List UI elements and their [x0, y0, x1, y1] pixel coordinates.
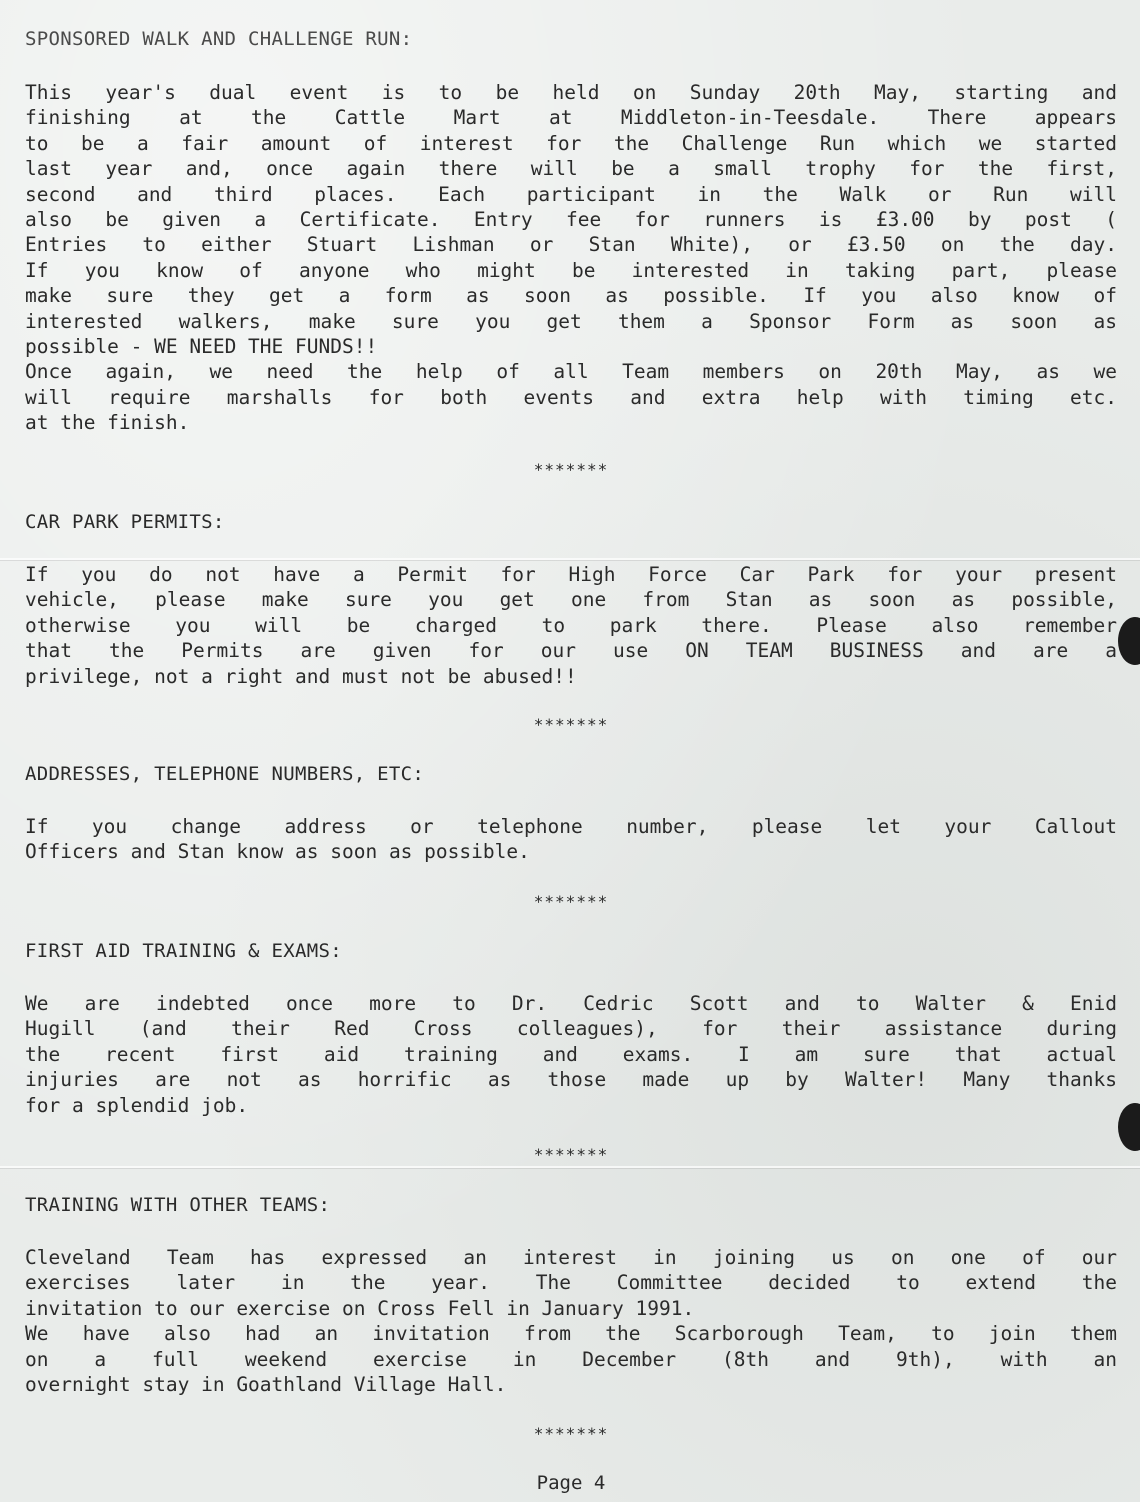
text-line: invitation to our exercise on Cross Fell…: [25, 1296, 1117, 1321]
paper-fold-crease: [0, 558, 1140, 560]
section-body-car-park-permits: If you do not have a Permit for High For…: [25, 562, 1117, 689]
text-line: for a splendid job.: [25, 1093, 1117, 1118]
section-heading-addresses: ADDRESSES, TELEPHONE NUMBERS, ETC:: [25, 763, 424, 785]
section-heading-training-other-teams: TRAINING WITH OTHER TEAMS:: [25, 1194, 330, 1216]
text-line: Once again, we need the help of all Team…: [25, 359, 1117, 384]
text-line: make sure they get a form as soon as pos…: [25, 283, 1117, 308]
text-line: interested walkers, make sure you get th…: [25, 309, 1117, 334]
text-line: We have also had an invitation from the …: [25, 1321, 1117, 1346]
text-line: vehicle, please make sure you get one fr…: [25, 587, 1117, 612]
text-line: at the finish.: [25, 410, 1117, 435]
text-line: otherwise you will be charged to park th…: [25, 613, 1117, 638]
text-line: also be given a Certificate. Entry fee f…: [25, 207, 1117, 232]
text-line: If you change address or telephone numbe…: [25, 814, 1117, 839]
text-line: Officers and Stan know as soon as possib…: [25, 839, 1117, 864]
text-line: finishing at the Cattle Mart at Middleto…: [25, 105, 1117, 130]
section-body-sponsored-walk: This year's dual event is to be held on …: [25, 80, 1117, 435]
section-heading-first-aid: FIRST AID TRAINING & EXAMS:: [25, 940, 342, 962]
section-separator: *******: [25, 1424, 1117, 1443]
paper-fold-crease: [0, 1166, 1140, 1168]
text-line: exercises later in the year. The Committ…: [25, 1270, 1117, 1295]
text-line: second and third places. Each participan…: [25, 182, 1117, 207]
text-line: will require marshalls for both events a…: [25, 385, 1117, 410]
text-line: injuries are not as horrific as those ma…: [25, 1067, 1117, 1092]
text-line: Cleveland Team has expressed an interest…: [25, 1245, 1117, 1270]
section-separator: *******: [25, 1145, 1117, 1164]
text-line: This year's dual event is to be held on …: [25, 80, 1117, 105]
section-body-training-other-teams: Cleveland Team has expressed an interest…: [25, 1245, 1117, 1397]
section-body-first-aid: We are indebted once more to Dr. Cedric …: [25, 991, 1117, 1118]
section-body-addresses: If you change address or telephone numbe…: [25, 814, 1117, 865]
section-heading-car-park-permits: CAR PARK PERMITS:: [25, 511, 225, 533]
text-line: If you do not have a Permit for High For…: [25, 562, 1117, 587]
text-line: on a full weekend exercise in December (…: [25, 1347, 1117, 1372]
text-line: We are indebted once more to Dr. Cedric …: [25, 991, 1117, 1016]
section-separator: *******: [25, 460, 1117, 479]
text-line: Entries to either Stuart Lishman or Stan…: [25, 232, 1117, 257]
text-line: Hugill (and their Red Cross colleagues),…: [25, 1016, 1117, 1041]
page-number: Page 4: [25, 1472, 1117, 1494]
text-line: If you know of anyone who might be inter…: [25, 258, 1117, 283]
text-line: the recent first aid training and exams.…: [25, 1042, 1117, 1067]
text-line: possible - WE NEED THE FUNDS!!: [25, 334, 1117, 359]
section-separator: *******: [25, 892, 1117, 911]
section-separator: *******: [25, 715, 1117, 734]
section-heading-sponsored-walk: SPONSORED WALK AND CHALLENGE RUN:: [25, 28, 412, 50]
text-line: to be a fair amount of interest for the …: [25, 131, 1117, 156]
punch-hole: [1118, 1103, 1140, 1151]
punch-hole: [1118, 617, 1140, 665]
text-line: privilege, not a right and must not be a…: [25, 664, 1117, 689]
text-line: last year and, once again there will be …: [25, 156, 1117, 181]
text-line: that the Permits are given for our use O…: [25, 638, 1117, 663]
text-line: overnight stay in Goathland Village Hall…: [25, 1372, 1117, 1397]
